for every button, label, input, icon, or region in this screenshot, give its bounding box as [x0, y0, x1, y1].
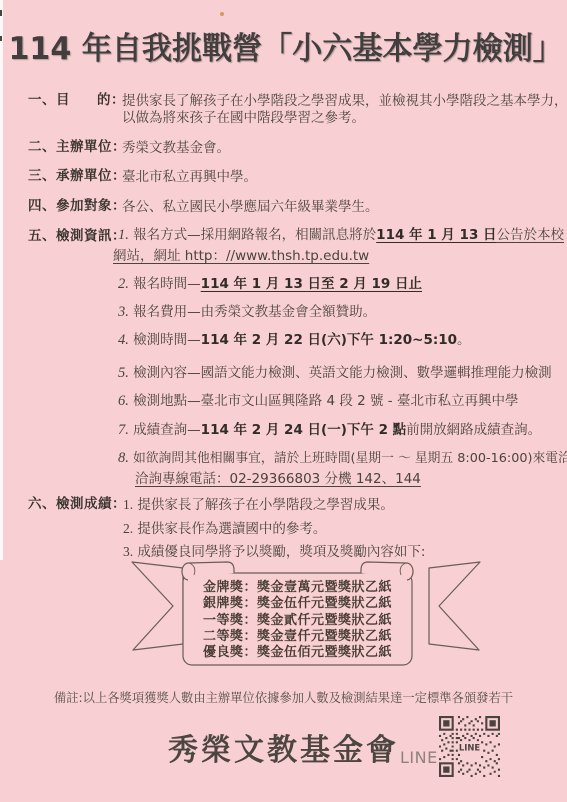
line-text-label: LINE — [400, 748, 438, 767]
prize-line: 二等獎：獎金壹仟元暨獎狀乙紙 — [183, 629, 412, 645]
section-5-item-7: 7. 成績查詢—114 年 2 月 24 日(一)下午 2 點前開放網路成績查詢… — [118, 423, 541, 438]
scan-dot-artifact — [220, 12, 224, 16]
section-1-label: 一、目的： — [28, 93, 125, 107]
scan-mark-artifact — [0, 10, 2, 16]
section-5-item-8-line2: 洽詢專線電話：02-29366803 分機 142、144 — [135, 472, 421, 486]
prize-line: 優良獎：獎金伍佰元暨獎狀乙紙 — [183, 645, 412, 661]
ribbon-tail-left — [132, 562, 183, 650]
section-5-item-1-line2: 網站，網址 http：//www.thsh.tp.edu.tw — [113, 249, 369, 263]
section-5-item-4: 4. 檢測時間—114 年 2 月 22 日(六)下午 1:20~5:10。 — [118, 333, 471, 348]
section-1-line1: 提供家長了解孩子在小學階段之學習成果，並檢視其小學階段之基本學力， — [122, 94, 567, 108]
section-5-item-2: 2. 報名時間—114 年 1 月 13 日至 2 月 19 日止 — [118, 277, 422, 292]
section-2-text: 秀榮文教基金會。 — [122, 141, 230, 155]
section-5-item-8: 8. 如欲詢問其他相關事宜，請於上班時間(星期一 ～ 星期五 8:00-16:0… — [118, 451, 567, 466]
flyer-page: 114 年自我挑戰營「小六基本學力檢測」 一、目的： 提供家長了解孩子在小學階段… — [0, 0, 567, 802]
section-3-text: 臺北市私立再興中學。 — [122, 170, 257, 184]
prize-line: 一等獎：獎金貳仟元暨獎狀乙紙 — [183, 613, 412, 629]
section-1-line2: 以做為將來孩子在國中階段學習之參考。 — [122, 111, 365, 125]
section-5-item-3: 3. 報名費用—由秀榮文教基金會全額贊助。 — [118, 305, 376, 320]
section-4-text: 各公、私立國民小學應屆六年級畢業學生。 — [122, 200, 379, 214]
section-5-item-6: 6. 檢測地點—臺北市文山區興隆路 4 段 2 號 - 臺北市私立再興中學 — [118, 394, 518, 409]
scan-edge-artifact — [0, 0, 3, 560]
ribbon-tail-right — [429, 562, 480, 650]
prize-list: 金牌獎：獎金壹萬元暨獎狀乙紙 銀牌獎：獎金伍仟元暨獎狀乙紙 一等獎：獎金貳仟元暨… — [183, 580, 412, 661]
prize-line: 銀牌獎：獎金伍仟元暨獎狀乙紙 — [183, 596, 412, 612]
section-6-item-2: 2. 提供家長作為選讀國中的參考。 — [123, 522, 326, 536]
scan-mark-artifact — [0, 36, 2, 41]
section-5-item-1: 1. 報名方式—採用網路報名，相關訊息將於114 年 1 月 13 日公告於本校 — [118, 228, 564, 243]
section-4-label: 四、參加對象： — [28, 199, 126, 213]
section-5-item-5: 5. 檢測內容—國語文能力檢測、英語文能力檢測、數學邏輯推理能力檢測 — [118, 366, 552, 381]
prize-line: 金牌獎：獎金壹萬元暨獎狀乙紙 — [183, 580, 412, 596]
page-title: 114 年自我挑戰營「小六基本學力檢測」 — [9, 33, 559, 66]
section-2-label: 二、主辦單位： — [28, 140, 126, 154]
footnote: 備註:以上各獎項獲獎人數由主辦單位依據參加人數及檢測結果達一定標準各頒發若干 — [0, 688, 567, 706]
section-6-label: 六、檢測成績： — [28, 497, 126, 511]
section-3-label: 三、承辦單位： — [28, 169, 126, 183]
qr-center-label: LINE — [459, 742, 481, 752]
line-qr-code: LINE — [439, 716, 500, 777]
section-5-label: 五、檢測資訊： — [28, 229, 126, 243]
section-6-item-1: 1. 提供家長了解孩子在小學階段之學習成果。 — [123, 498, 394, 512]
